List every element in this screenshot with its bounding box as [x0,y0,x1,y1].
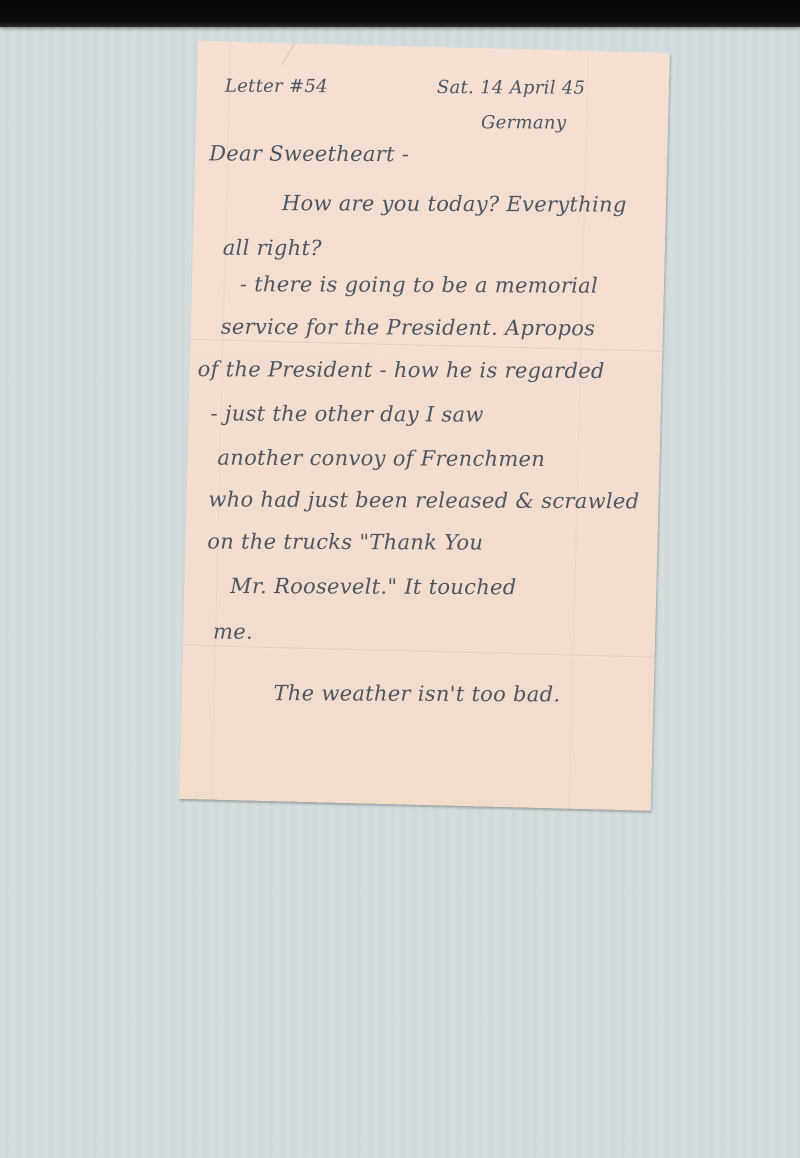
letter-body-line: The weather isn't too bad. [273,683,560,705]
letter-body-line: - just the other day I saw [211,403,484,425]
letter-body-line: me. [213,622,253,643]
salutation: Dear Sweetheart - [209,143,409,165]
letter-body-line: - there is going to be a memorial [240,274,598,297]
letter-number: Letter #54 [225,78,328,96]
letter-place: Germany [481,114,566,132]
paper-tear-mark [281,43,335,66]
letter-body-line: who had just been released & scrawled [208,489,639,512]
fold-line [190,339,662,353]
letter-body-line: of the President - how he is regarded [198,359,605,382]
letter-body-line: all right? [223,238,322,259]
letter-date: Sat. 14 April 45 [437,79,586,98]
scanner-lid-edge [0,0,800,27]
letter-body-line: on the trucks "Thank You [207,531,483,553]
letter-body-line: Mr. Roosevelt." It touched [230,576,516,598]
letter-body-line: another convoy of Frenchmen [217,448,545,470]
fold-line [183,645,655,659]
letter-body-line: service for the President. Apropos [221,317,596,340]
fold-line [569,51,589,809]
letter-page: Letter #54 Sat. 14 April 45 Germany Dear… [179,41,670,811]
letter-body-line: How are you today? Everything [282,193,627,216]
